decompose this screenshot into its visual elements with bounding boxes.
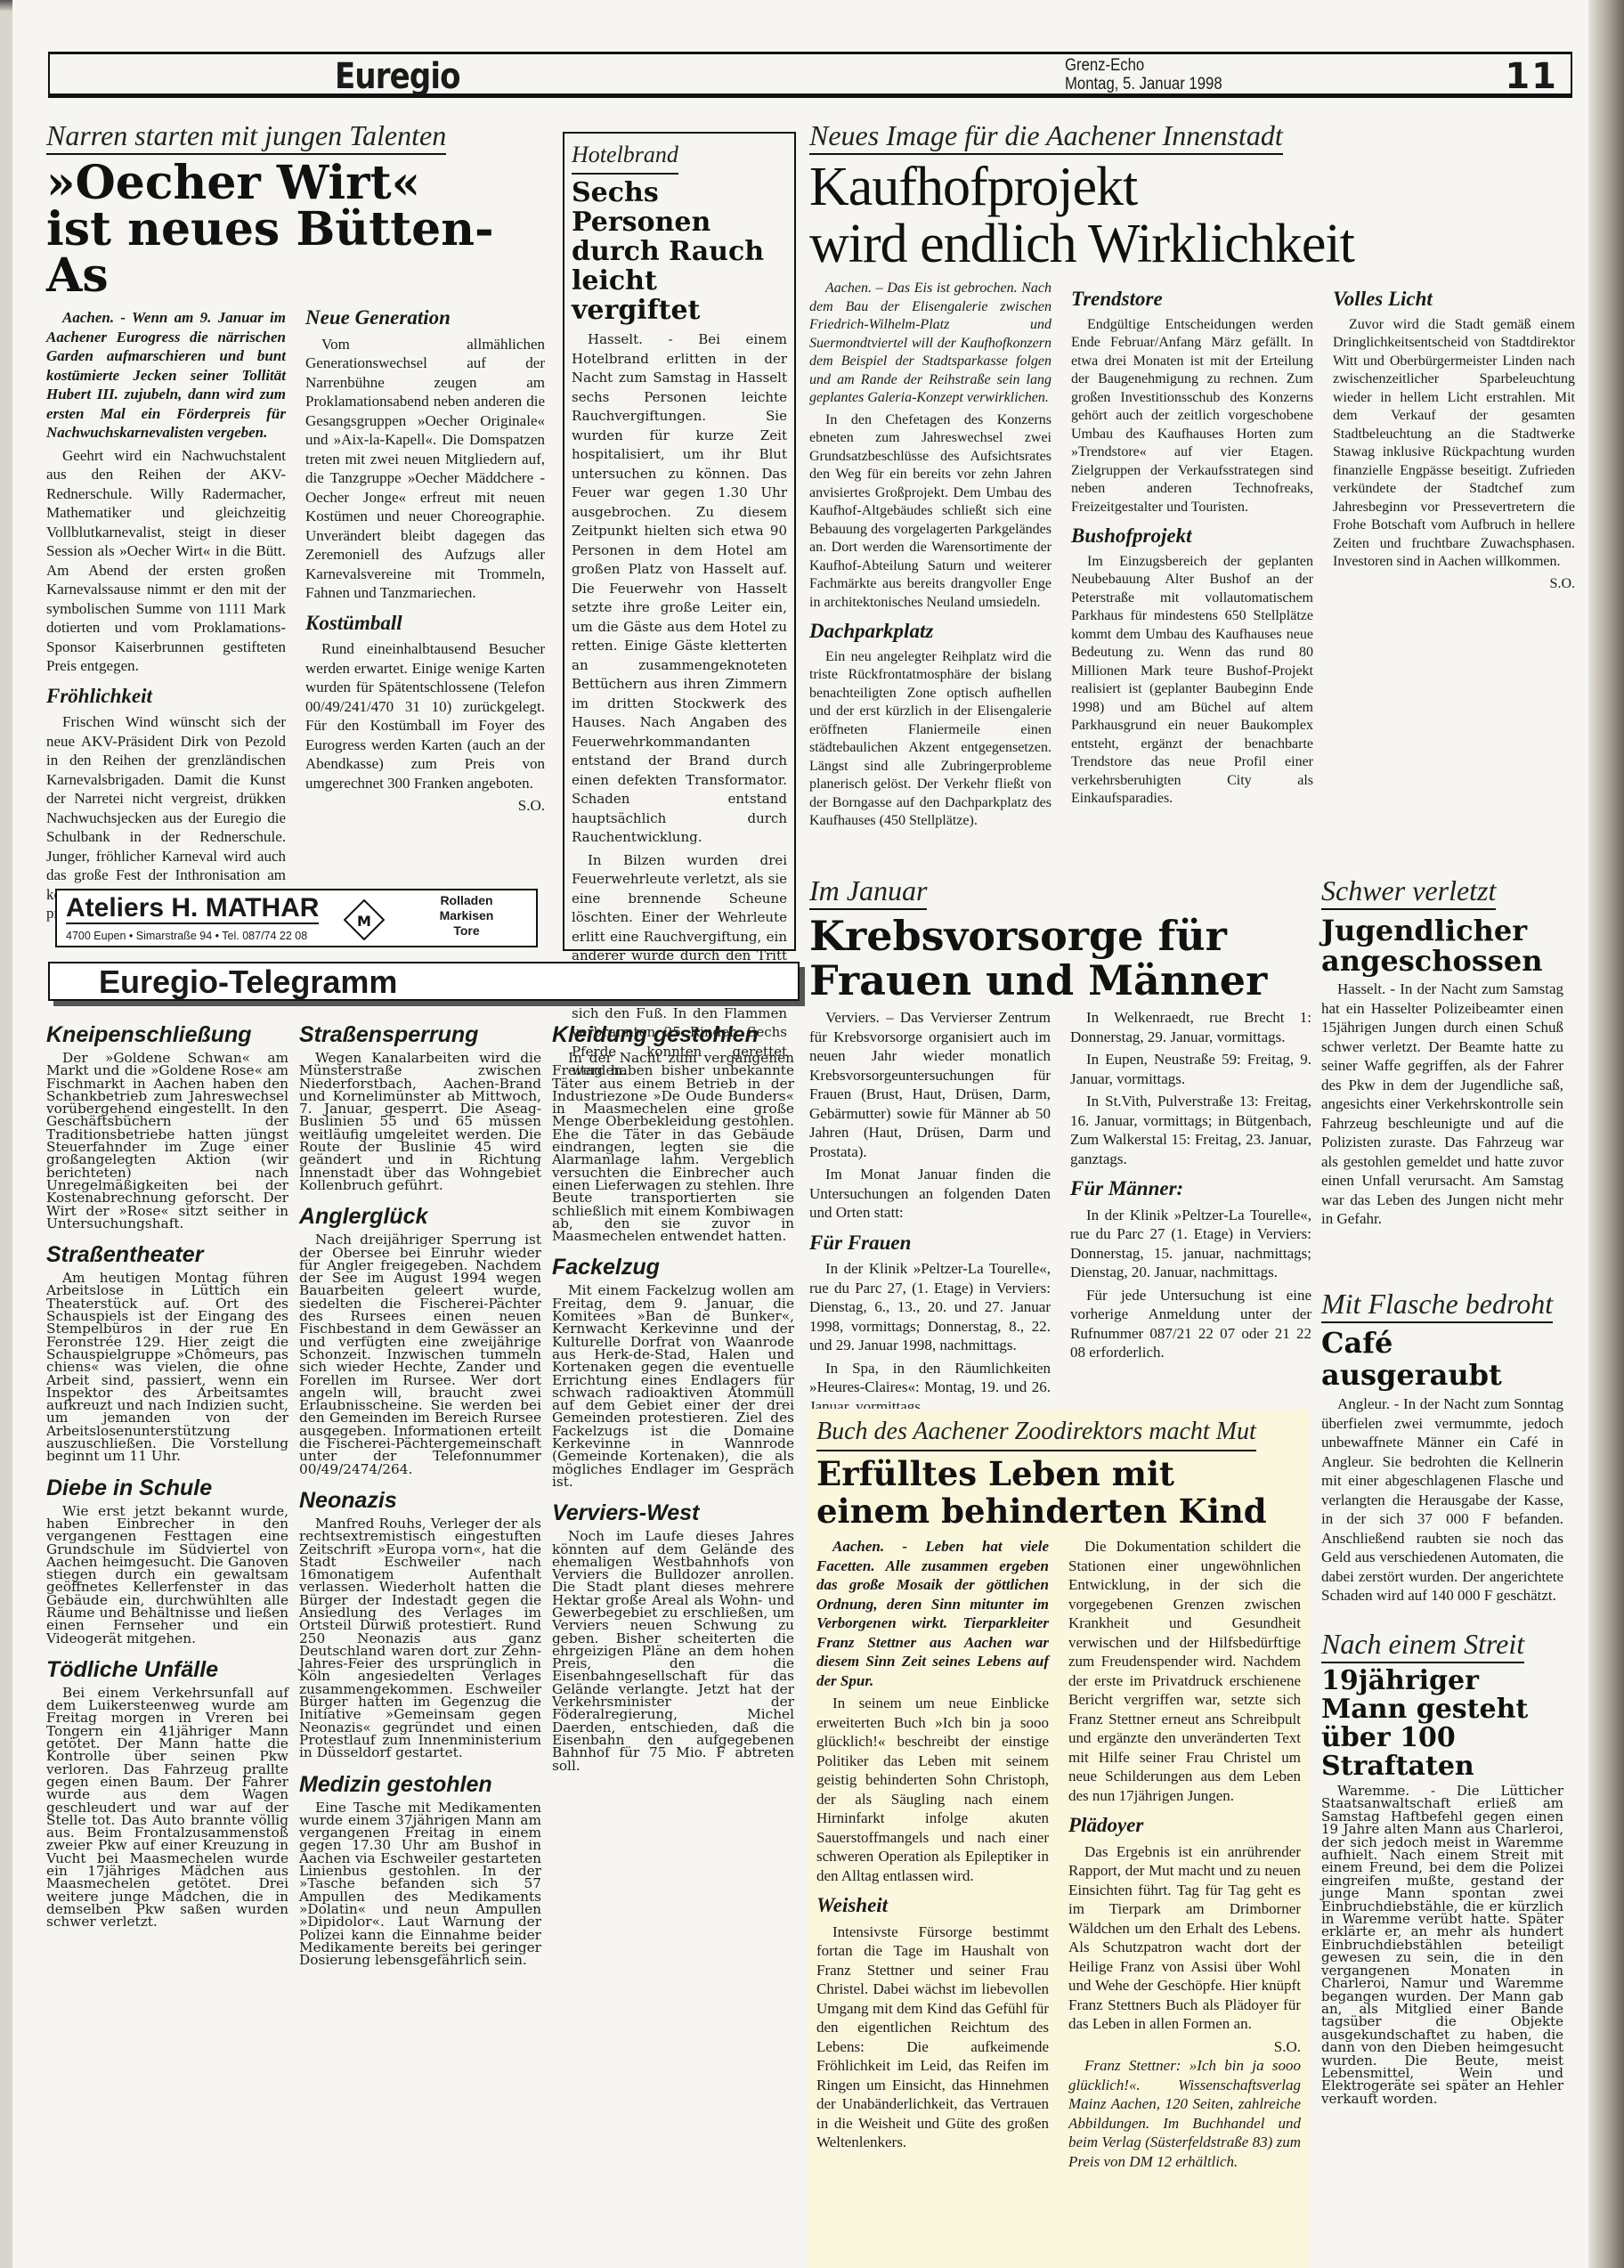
article-krebsvorsorge: Im Januar Krebsvorsorge für Frauen und M… (809, 874, 1311, 1419)
subheading: Bushofprojekt (1071, 527, 1313, 546)
article-streit: Nach einem Streit 19jähriger Mann gesteh… (1321, 1628, 1563, 2109)
paragraph: Noch im Laufe dieses Jahres könnten auf … (552, 1530, 794, 1772)
telegramm-item-title: Kneipenschließung (46, 1022, 288, 1048)
paragraph: Zuvor wird die Stadt gemäß einem Dringli… (1333, 316, 1575, 572)
telegramm-item-text: Bei einem Verkehrsunfall auf dem Luikers… (46, 1687, 288, 1929)
author-signature: S.O. (1068, 2037, 1301, 2057)
paragraph: In der Nacht zum vergangenen Freitag hab… (552, 1052, 794, 1242)
paragraph: Für jede Untersuchung ist eine vorherige… (1070, 1286, 1311, 1362)
ad-company-name: Ateliers H. MATHAR (66, 894, 319, 924)
telegramm-item-title: Fackelzug (552, 1255, 794, 1280)
book-info: Franz Stettner: »Ich bin ja sooo glückli… (1068, 2056, 1301, 2171)
subheading: Für Frauen (809, 1233, 1051, 1253)
article-headline: Erfülltes Leben mit einem behinderten Ki… (816, 1455, 1301, 1530)
telegramm-item-title: Straßensperrung (299, 1022, 541, 1048)
telegramm-header: Euregio-Telegramm (48, 962, 800, 1001)
paragraph: Die Dokumentation schildert die Statione… (1068, 1537, 1301, 1805)
paragraph: Endgültige Entscheidungen werden Ende Fe… (1071, 316, 1313, 517)
telegramm-item-text: Am heutigen Montag führen Arbeitslose in… (46, 1272, 288, 1462)
author-signature: S.O. (1333, 575, 1575, 594)
paragraph: Bei einem Verkehrsunfall auf dem Luikers… (46, 1687, 288, 1929)
subheading: Weisheit (816, 1896, 1049, 1915)
masthead: Euregio Grenz-Echo Montag, 5. Januar 199… (48, 52, 1572, 98)
author-signature: S.O. (305, 796, 545, 816)
article-oecher-wirt: Narren starten mit jungen Talenten »Oech… (46, 119, 545, 949)
column-1: Aachen. - Wenn am 9. Januar im Aachener … (46, 308, 286, 949)
subheading: Volles Licht (1333, 290, 1575, 309)
column-1: Verviers. – Das Vervierser Zentrum für K… (809, 1008, 1051, 1419)
paragraph: Wegen Kanalarbeiten wird die Münsterstra… (299, 1052, 541, 1191)
newspaper-page: Euregio Grenz-Echo Montag, 5. Januar 199… (12, 0, 1596, 2268)
telegramm-column-1: Kneipenschließung Der »Goldene Schwan« a… (46, 1015, 288, 1941)
article-hotelbrand: Hotelbrand Sechs Personen durch Rauch le… (563, 132, 796, 951)
article-headline: Jugendlicher angeschossen (1321, 915, 1563, 976)
page-number: 11 (1505, 56, 1558, 97)
article-body: Angleur. - In der Nacht zum Sonntag über… (1321, 1394, 1563, 1605)
paragraph: Hasselt. - Bei einem Hotelbrand erlitten… (572, 330, 787, 848)
column-1: Aachen. – Das Eis ist gebrochen. Nach de… (809, 280, 1052, 867)
paragraph: Im Einzugsbereich der geplanten Neubebau… (1071, 553, 1313, 809)
lead-paragraph: Aachen. – Das Eis ist gebrochen. Nach de… (809, 280, 1052, 408)
paragraph: Verviers. – Das Vervierser Zentrum für K… (809, 1008, 1051, 1161)
article-headline: Sechs Personen durch Rauch leicht vergif… (572, 178, 787, 325)
paragraph: Wie erst jetzt bekannt wurde, haben Einb… (46, 1505, 288, 1645)
article-zoodirektor: Buch des Aachener Zoodirektors macht Mut… (808, 1409, 1310, 2268)
paragraph: In Spa, in den Räumlichkeiten »Heures-Cl… (809, 1359, 1051, 1417)
paragraph: In der Klinik »Peltzer-La Tourelle«, rue… (809, 1259, 1051, 1355)
service-item: Tore (413, 923, 520, 939)
paper-name: Grenz-Echo (1065, 56, 1222, 75)
paragraph: Mit einem Fackelzug wollen am Freitag, d… (552, 1284, 794, 1488)
telegramm-column-3: Kleidung gestohlen In der Nacht zum verg… (552, 1015, 794, 1784)
article-kicker: Neues Image für die Aachener Innenstadt (809, 119, 1283, 155)
telegramm-item-title: Anglerglück (299, 1204, 541, 1230)
paragraph: Geehrt wird ein Nachwuchstalent aus den … (46, 446, 286, 676)
article-kicker: Narren starten mit jungen Talenten (46, 119, 446, 155)
article-headline: 19jähriger Mann gesteht über 100 Strafta… (1321, 1667, 1563, 1781)
telegramm-item-title: Neonazis (299, 1488, 541, 1514)
column-2: Trendstore Endgültige Entscheidungen wer… (1071, 280, 1313, 867)
paragraph: Im Monat Januar finden die Untersuchunge… (809, 1165, 1051, 1223)
article-kicker: Nach einem Streit (1321, 1628, 1524, 1663)
section-title: Euregio (335, 56, 460, 97)
paragraph: Hasselt. - In der Nacht zum Samstag hat … (1321, 980, 1563, 1229)
subheading: Kostümball (305, 614, 545, 633)
article-jugendlicher: Schwer verletzt Jugendlicher angeschosse… (1321, 874, 1563, 1232)
paragraph: Waremme. - Die Lütticher Staatsanwaltsch… (1321, 1784, 1563, 2105)
paragraph: In Eupen, Neustraße 59: Freitag, 9. Janu… (1070, 1050, 1311, 1088)
service-item: Rolladen (413, 893, 520, 908)
telegramm-item-title: Diebe in Schule (46, 1475, 288, 1501)
telegramm-item-title: Medizin gestohlen (299, 1772, 541, 1798)
article-body: Verviers. – Das Vervierser Zentrum für K… (809, 1008, 1311, 1419)
telegramm-item-text: Wie erst jetzt bekannt wurde, haben Einb… (46, 1505, 288, 1645)
headline-line-1: Krebsvorsorge für (809, 914, 1311, 958)
telegramm-item-text: Mit einem Fackelzug wollen am Freitag, d… (552, 1284, 794, 1488)
paragraph: In St.Vith, Pulverstraße 13: Freitag, 16… (1070, 1092, 1311, 1168)
telegramm-title: Euregio-Telegramm (99, 963, 397, 1001)
company-logo-icon: M (344, 899, 385, 940)
article-body: Hasselt. - In der Nacht zum Samstag hat … (1321, 980, 1563, 1229)
telegramm-item-title: Kleidung gestohlen (552, 1022, 794, 1048)
telegramm-item-text: Der »Goldene Schwan« am Markt und die »G… (46, 1052, 288, 1230)
telegramm-item-text: In der Nacht zum vergangenen Freitag hab… (552, 1052, 794, 1242)
paragraph: Vom allmählichen Generationswechsel auf … (305, 335, 545, 603)
paragraph: Ein neu angelegter Reihplatz wird die tr… (809, 648, 1052, 831)
page-binding-edge (1588, 0, 1624, 2268)
paragraph: In seinem um neue Einblicke erweiterten … (816, 1694, 1049, 1885)
paragraph: Eine Tasche mit Medikamenten wurde einem… (299, 1801, 541, 1967)
article-kicker: Mit Flasche bedroht (1321, 1288, 1553, 1323)
issue-date: Montag, 5. Januar 1998 (1065, 75, 1222, 93)
telegramm-item-title: Tödliche Unfälle (46, 1657, 288, 1683)
article-kicker: Hotelbrand (572, 139, 678, 175)
column-2: Neue Generation Vom allmählichen Generat… (305, 308, 545, 949)
svg-text:M: M (357, 913, 371, 930)
article-cafe: Mit Flasche bedroht Café ausgeraubt Angl… (1321, 1288, 1563, 1609)
advertisement-mathar: Ateliers H. MATHAR 4700 Eupen • Simarstr… (55, 889, 538, 947)
article-body: Aachen. – Das Eis ist gebrochen. Nach de… (809, 280, 1575, 867)
column-3: Volles Licht Zuvor wird die Stadt gemäß … (1333, 280, 1575, 867)
subheading: Fröhlichkeit (46, 687, 286, 706)
paragraph: Der »Goldene Schwan« am Markt und die »G… (46, 1052, 288, 1230)
paragraph: Intensivste Fürsorge bestimmt fortan die… (816, 1923, 1049, 2152)
paragraph: Rund eineinhalbtausend Besucher werden e… (305, 639, 545, 793)
telegramm-item-text: Nach dreijähriger Sperrung ist der Obers… (299, 1233, 541, 1475)
article-kicker: Buch des Aachener Zoodirektors macht Mut (816, 1416, 1256, 1451)
telegramm-item-title: Straßentheater (46, 1242, 288, 1268)
paragraph: Das Ergebnis ist ein anrührender Rapport… (1068, 1842, 1301, 2034)
article-kaufhof: Neues Image für die Aachener Innenstadt … (809, 119, 1575, 867)
headline-line-1: Erfülltes Leben mit (816, 1455, 1301, 1492)
telegramm-item-text: Manfred Rouhs, Verleger der als rechtsex… (299, 1517, 541, 1760)
article-kicker: Im Januar (809, 874, 927, 910)
column-1: Aachen. - Leben hat viele Facetten. Alle… (816, 1537, 1049, 2175)
article-headline: Café ausgeraubt (1321, 1327, 1563, 1391)
column-2: Die Dokumentation schildert die Statione… (1068, 1537, 1301, 2175)
headline-line-1: Kaufhofprojekt (809, 159, 1575, 215)
article-headline: Krebsvorsorge für Frauen und Männer (809, 914, 1311, 1003)
column-2: In Welkenraedt, rue Brecht 1: Donnerstag… (1070, 1008, 1311, 1419)
paragraph: Angleur. - In der Nacht zum Sonntag über… (1321, 1394, 1563, 1605)
telegramm-item-text: Noch im Laufe dieses Jahres könnten auf … (552, 1530, 794, 1772)
subheading: Plädoyer (1068, 1816, 1301, 1835)
lead-paragraph: Aachen. - Leben hat viele Facetten. Alle… (816, 1537, 1049, 1690)
telegramm-item-title: Verviers-West (552, 1500, 794, 1526)
paragraph: Nach dreijähriger Sperrung ist der Obers… (299, 1233, 541, 1475)
telegramm-item-text: Eine Tasche mit Medikamenten wurde einem… (299, 1801, 541, 1967)
subheading: Neue Generation (305, 308, 545, 328)
paragraph: Manfred Rouhs, Verleger der als rechtsex… (299, 1517, 541, 1760)
article-body: Waremme. - Die Lütticher Staatsanwaltsch… (1321, 1784, 1563, 2105)
subheading: Für Männer: (1070, 1179, 1311, 1199)
ad-services: Rolladen Markisen Tore (413, 893, 520, 939)
article-body: Aachen. - Wenn am 9. Januar im Aachener … (46, 308, 545, 949)
headline-line-2: ist neues Bütten-As (46, 207, 545, 299)
paragraph: In der Klinik »Peltzer-La Tourelle«, rue… (1070, 1206, 1311, 1282)
lead-paragraph: Aachen. - Wenn am 9. Januar im Aachener … (46, 308, 286, 443)
headline-line-2: Frauen und Männer (809, 958, 1311, 1003)
paper-info: Grenz-Echo Montag, 5. Januar 1998 (1065, 56, 1222, 93)
telegramm-column-2: Straßensperrung Wegen Kanalarbeiten wird… (299, 1015, 541, 1979)
subheading: Trendstore (1071, 290, 1313, 309)
subheading: Dachparkplatz (809, 622, 1052, 641)
article-kicker: Schwer verletzt (1321, 874, 1496, 910)
article-body: Aachen. - Leben hat viele Facetten. Alle… (816, 1537, 1301, 2175)
headline-line-2: einem behinderten Kind (816, 1492, 1301, 1530)
paragraph: In den Chefetagen des Konzerns ebneten z… (809, 411, 1052, 613)
ad-address: 4700 Eupen • Simarstraße 94 • Tel. 087/7… (66, 930, 307, 942)
service-item: Markisen (413, 908, 520, 923)
article-headline: Kaufhofprojekt wird endlich Wirklichkeit (809, 159, 1575, 272)
headline-line-1: »Oecher Wirt« (46, 160, 545, 207)
paragraph: Am heutigen Montag führen Arbeitslose in… (46, 1272, 288, 1462)
paragraph: In Welkenraedt, rue Brecht 1: Donnerstag… (1070, 1008, 1311, 1046)
headline-line-2: wird endlich Wirklichkeit (809, 215, 1575, 272)
telegramm-item-text: Wegen Kanalarbeiten wird die Münsterstra… (299, 1052, 541, 1191)
article-headline: »Oecher Wirt« ist neues Bütten-As (46, 160, 545, 299)
